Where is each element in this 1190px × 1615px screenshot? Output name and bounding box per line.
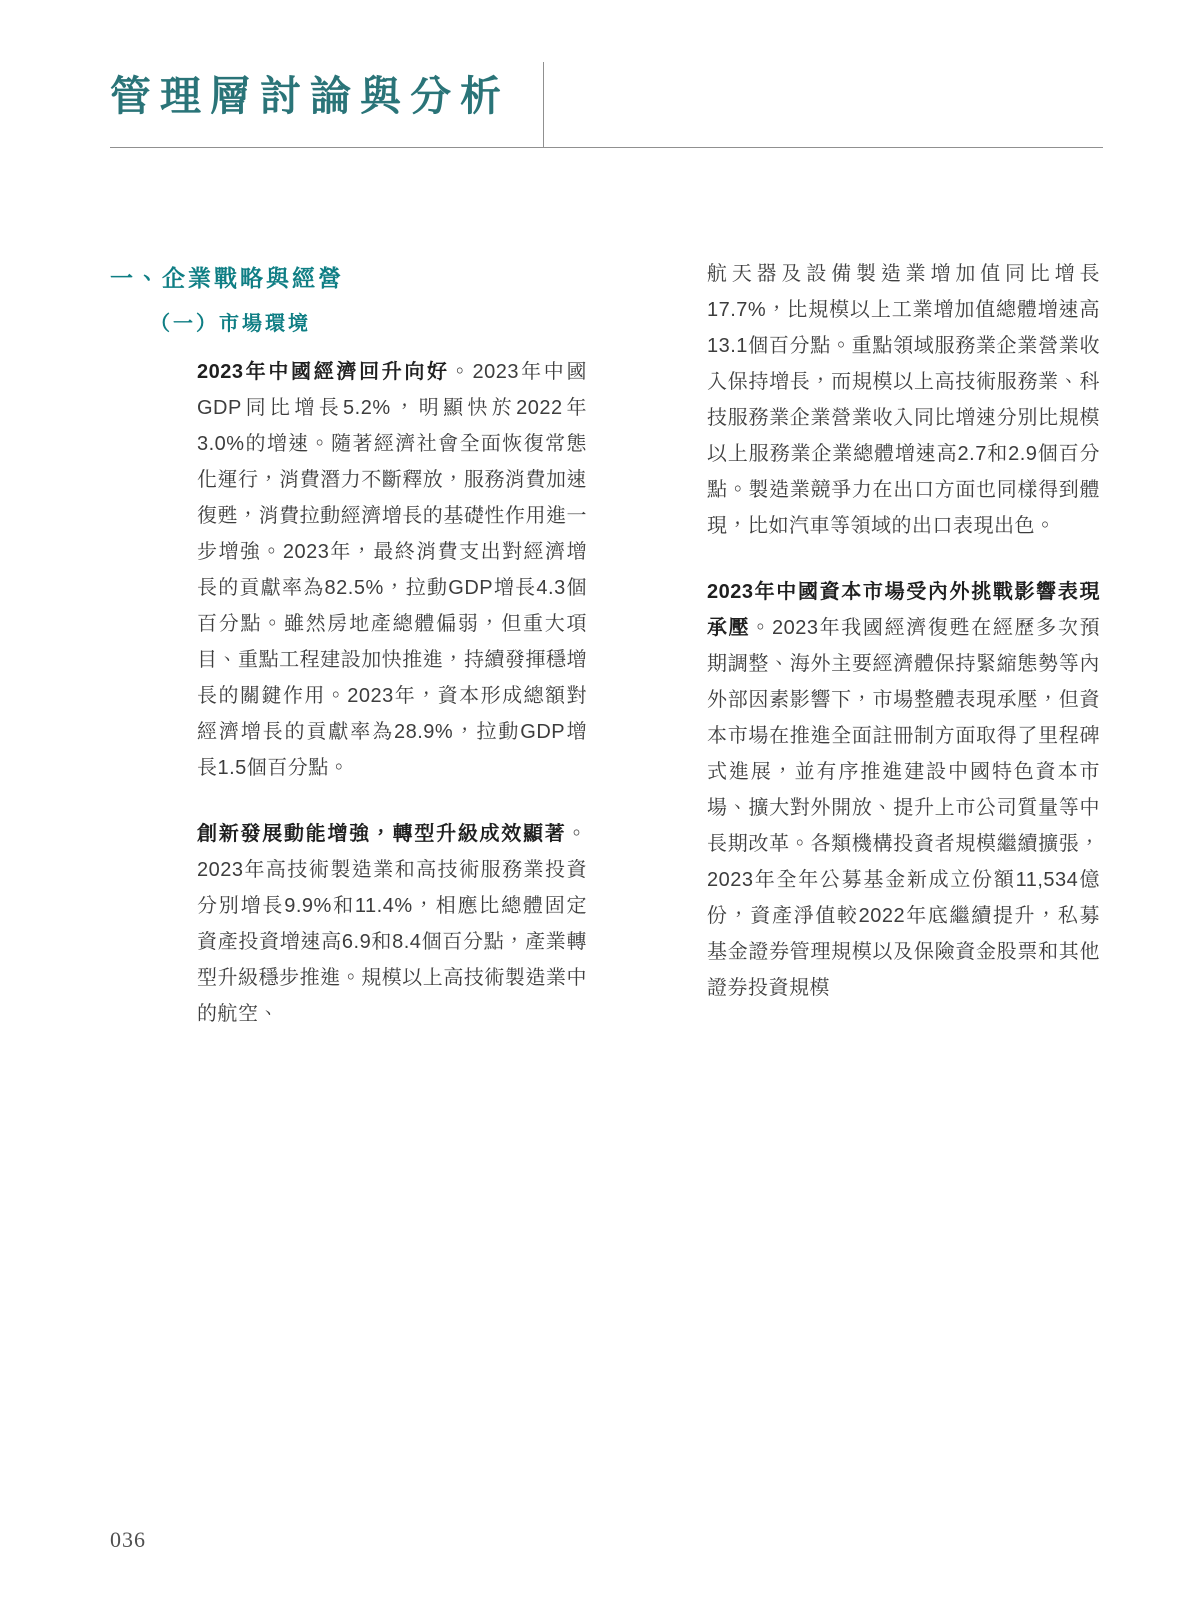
paragraph-bold-lead: 創新發展動能增強，轉型升級成效顯著	[197, 823, 567, 845]
right-text-column: 航天器及設備製造業增加值同比增長17.7%，比規模以上工業增加值總體增速高13.…	[707, 256, 1100, 1006]
page-number: 036	[110, 1527, 146, 1553]
title-vertical-rule	[543, 62, 544, 148]
paragraph-bold-lead: 2023年中國經濟回升向好	[197, 361, 450, 383]
paragraph-capital-market: 2023年中國資本市場受內外挑戰影響表現承壓。2023年我國經濟復甦在經歷多次預…	[707, 574, 1100, 1006]
report-page: 管理層討論與分析 一、企業戰略與經營 （一）市場環境 2023年中國經濟回升向好…	[0, 0, 1190, 1615]
title-horizontal-rule	[110, 147, 1103, 148]
paragraph-body-text: 航天器及設備製造業增加值同比增長17.7%，比規模以上工業增加值總體增速高13.…	[707, 263, 1100, 537]
paragraph-hightech-manufacturing: 航天器及設備製造業增加值同比增長17.7%，比規模以上工業增加值總體增速高13.…	[707, 256, 1100, 544]
page-title: 管理層討論與分析	[110, 68, 510, 124]
paragraph-body-text: 。2023年高技術製造業和高技術服務業投資分別增長9.9%和11.4%，相應比總…	[197, 823, 587, 1025]
section-heading-enterprise-strategy: 一、企業戰略與經營	[110, 260, 344, 293]
paragraph-body-text: 。2023年中國GDP同比增長5.2%，明顯快於2022年3.0%的增速。隨著經…	[197, 361, 587, 779]
paragraph-economy-recovery: 2023年中國經濟回升向好。2023年中國GDP同比增長5.2%，明顯快於202…	[197, 354, 587, 786]
paragraph-body-text: 。2023年我國經濟復甦在經歷多次預期調整、海外主要經濟體保持緊縮態勢等內外部因…	[707, 617, 1100, 999]
paragraph-innovation-upgrade: 創新發展動能增強，轉型升級成效顯著。2023年高技術製造業和高技術服務業投資分別…	[197, 816, 587, 1032]
subsection-heading-market-environment: （一）市場環境	[150, 307, 311, 336]
left-text-column: 2023年中國經濟回升向好。2023年中國GDP同比增長5.2%，明顯快於202…	[197, 354, 587, 1032]
